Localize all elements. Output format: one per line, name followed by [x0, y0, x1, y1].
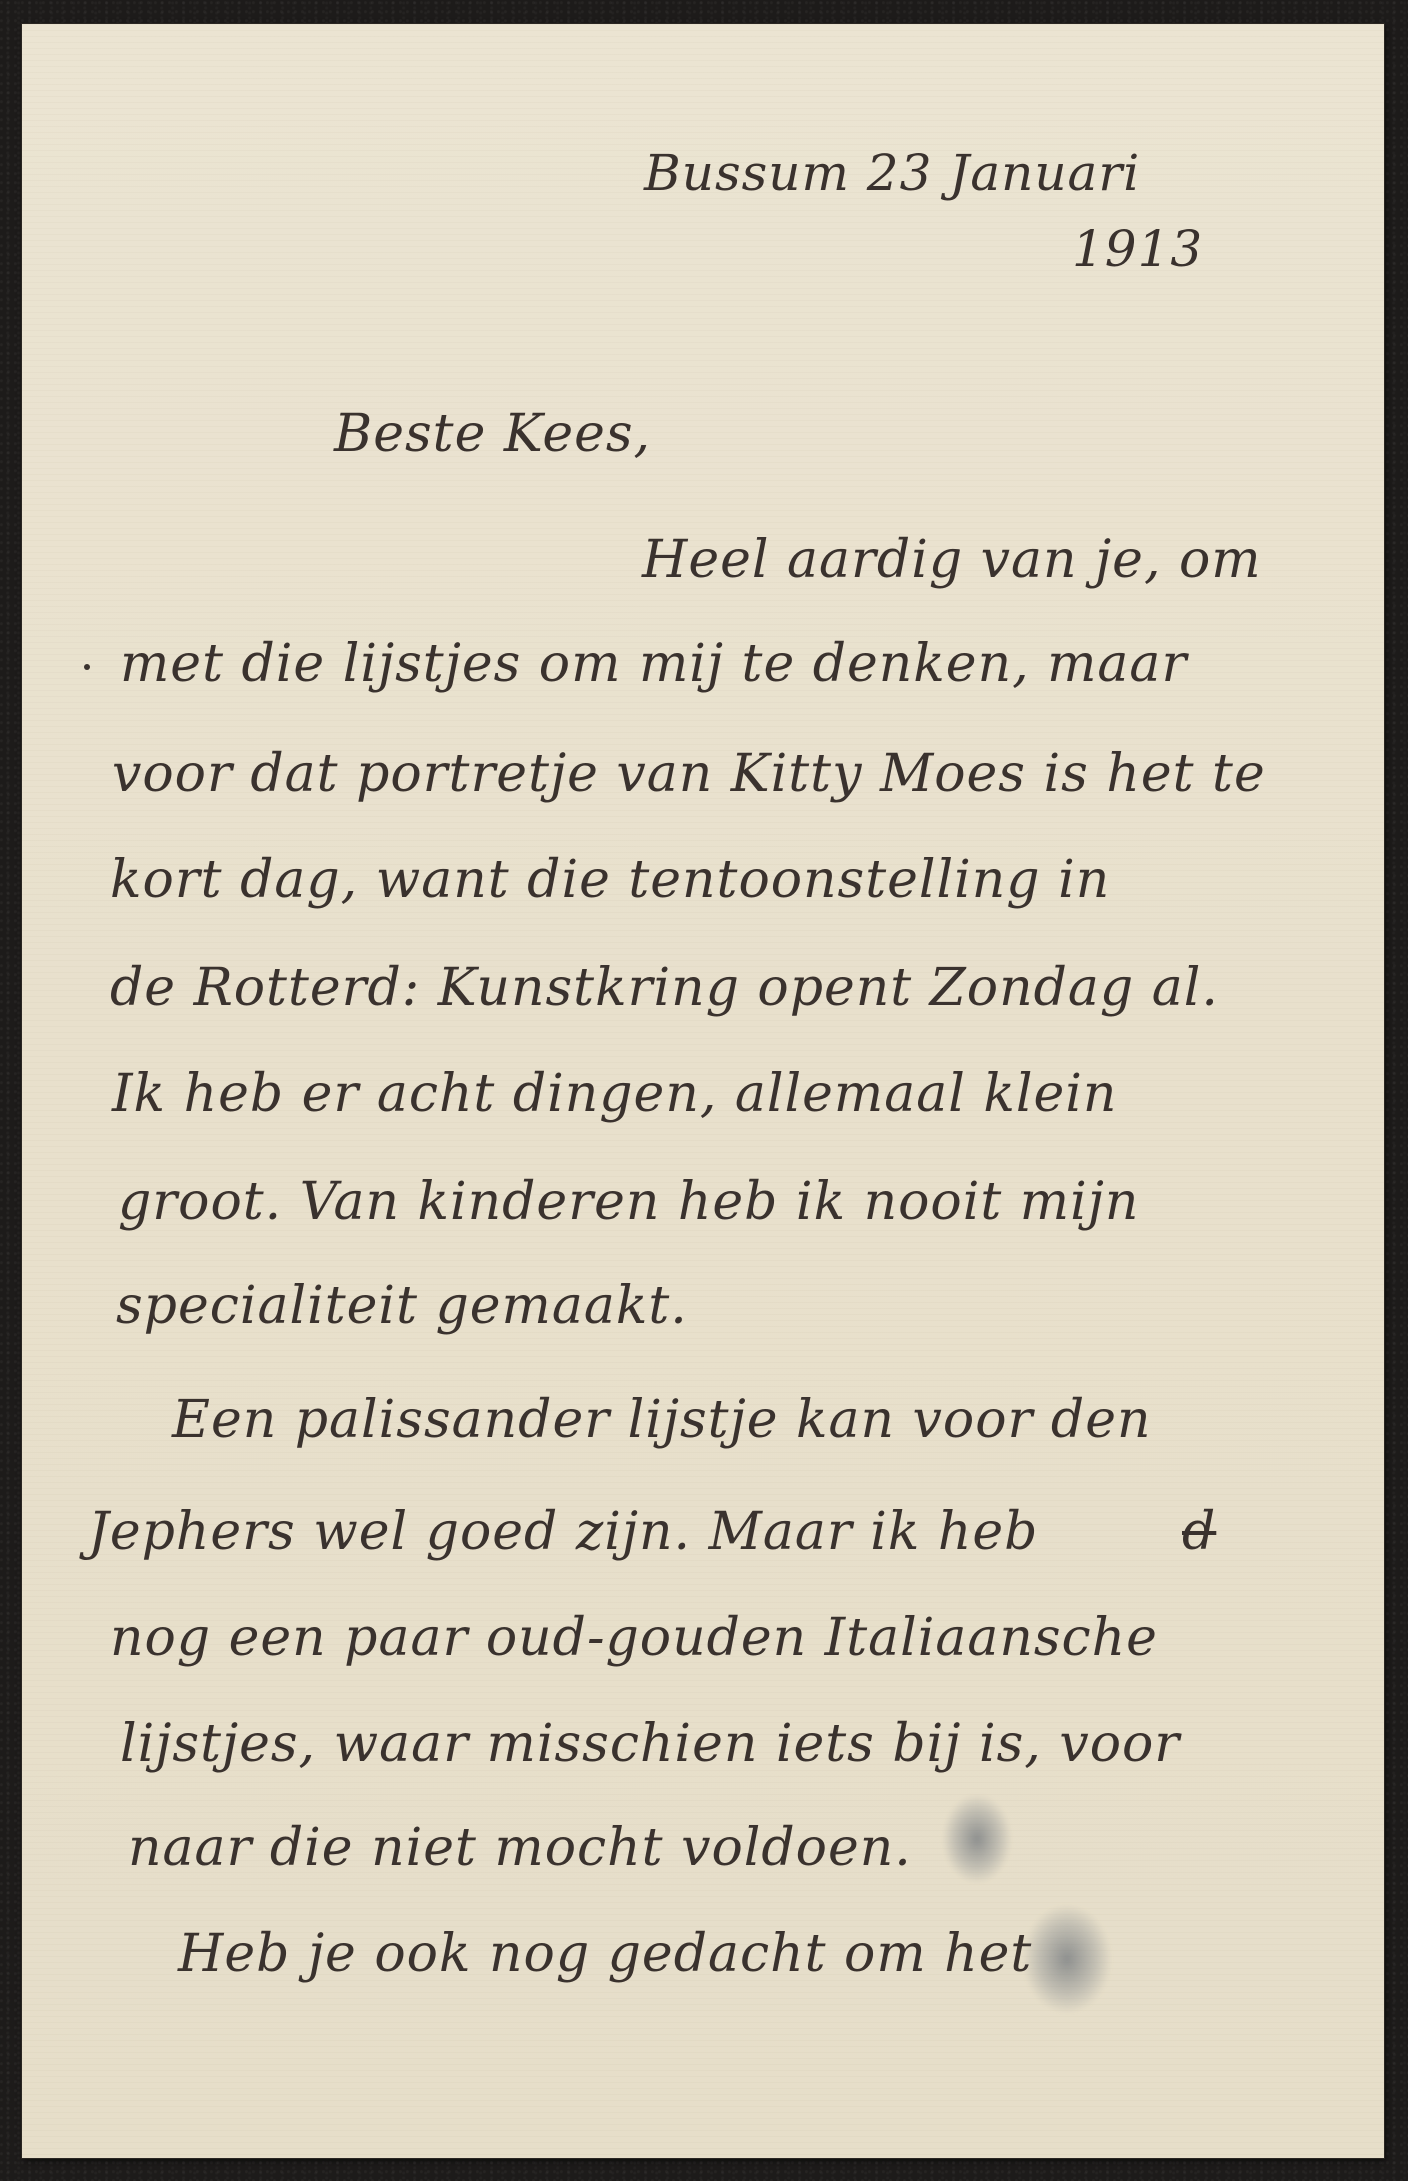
letter-line: Jephers wel goed zijn. Maar ik heb: [88, 1502, 1038, 1562]
letter-line: kort dag, want die tentoonstelling in: [110, 850, 1110, 910]
letter-line: groot. Van kinderen heb ik nooit mijn: [118, 1172, 1139, 1232]
ink-smudge: [942, 1794, 1012, 1884]
letter-line: Een palissander lijstje kan voor den: [172, 1390, 1151, 1450]
struck-out-mark: d: [1182, 1502, 1216, 1562]
letter-line: voor dat portretje van Kitty Moes is het…: [112, 744, 1266, 804]
letter-line: Heel aardig van je, om: [642, 530, 1262, 590]
margin-ink-dot: [84, 664, 90, 670]
letter-salutation: Beste Kees,: [334, 404, 651, 464]
letter-line: nog een paar oud-gouden Italiaansche: [110, 1608, 1158, 1668]
letter-line: de Rotterd: Kunstkring opent Zondag al.: [110, 958, 1219, 1018]
ink-smudge: [1022, 1904, 1112, 2014]
letter-line: specialiteit gemaakt.: [116, 1276, 688, 1336]
letter-page: Bussum 23 Januari 1913 Beste Kees, Heel …: [22, 24, 1384, 2158]
letter-year: 1913: [1072, 220, 1203, 278]
letter-line: naar die niet mocht voldoen.: [128, 1818, 912, 1878]
letter-line: Ik heb er acht dingen, allemaal klein: [112, 1064, 1117, 1124]
letter-line: lijstjes, waar misschien iets bij is, vo…: [120, 1714, 1180, 1774]
letter-line: Heb je ook nog gedacht om het: [178, 1924, 1032, 1984]
letter-place-date: Bussum 23 Januari: [644, 144, 1140, 202]
letter-line: met die lijstjes om mij te denken, maar: [120, 634, 1187, 694]
